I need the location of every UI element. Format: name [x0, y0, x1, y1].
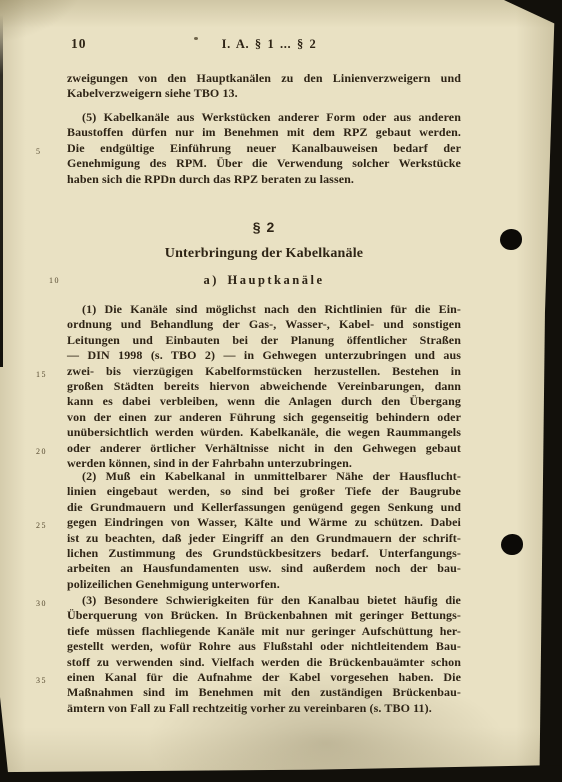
- text-line: (2) Muß ein Kabelkanal in unmittelbarer …: [67, 469, 461, 484]
- text-line: Die endgültige Einführung neuer Kanalbau…: [67, 141, 461, 156]
- text-line: einen Kanal für die Aufnahme der Kabel v…: [67, 670, 461, 685]
- text-line: stoff zu verwenden sind. Vielfach werden…: [67, 655, 461, 670]
- margin-line-number: 20: [36, 444, 60, 459]
- scan-edge-right: [538, 0, 562, 782]
- text-line: ist zu beachten, daß jeder Eingriff an d…: [67, 531, 461, 546]
- text-line: zweigungen von den Hauptkanälen zu den L…: [67, 71, 461, 86]
- text-line: (1) Die Kanäle sind möglichst nach den R…: [67, 302, 461, 317]
- scan-edge-bottom-left: [0, 697, 9, 782]
- paragraph: zweigungen von den Hauptkanälen zu den L…: [67, 71, 461, 102]
- text-line: von der einen zur anderen Führung sich g…: [67, 410, 461, 425]
- running-head: I. A. § 1 ... § 2: [67, 37, 471, 52]
- margin-line-number: 30: [36, 596, 60, 611]
- scanned-document-page: 10 I. A. § 1 ... § 2 zweigungen von den …: [0, 0, 562, 782]
- text-line: großen Städten bereits hiervon abweichen…: [67, 379, 461, 394]
- text-line: ämtern von Fall zu Fall rechtzeitig vorh…: [67, 701, 461, 716]
- text-line: haben sich die RPDn durch das RPZ berate…: [67, 172, 461, 187]
- margin-line-number: 5: [36, 144, 60, 159]
- text-line: Leitungen und Einbauten bei der Planung …: [67, 333, 461, 348]
- paragraph: (5) Kabelkanäle aus Werkstücken anderer …: [67, 110, 461, 187]
- text-line: Genehmigung des RPM. Über die Verwendung…: [67, 156, 461, 171]
- margin-line-number: 35: [36, 673, 60, 688]
- scan-edge-left: [0, 15, 3, 367]
- margin-line-number: 10: [36, 276, 60, 285]
- text-line: — DIN 1998 (s. TBO 2) — in Gehwegen unte…: [67, 348, 461, 363]
- paragraph: (2) Muß ein Kabelkanal in unmittelbarer …: [67, 469, 461, 592]
- text-line: linien eingebaut werden, so sind bei gro…: [67, 484, 461, 499]
- text-line: arbeiten an Hausfundamenten usw. sind au…: [67, 561, 461, 576]
- text-line: Überquerung von Brücken. In Brückenbahne…: [67, 608, 461, 623]
- text-line: gestellt werden, wofür Rohre aus Flußsta…: [67, 639, 461, 654]
- text-line: zwei- bis vierzügigen Kabelformstücken h…: [67, 364, 461, 379]
- text-line: (3) Besondere Schwierigkeiten für den Ka…: [67, 593, 461, 608]
- text-line: Kabelverzweigern siehe TBO 13.: [67, 86, 461, 101]
- text-line: unübersichtlich werden würden. Kabelkanä…: [67, 425, 461, 440]
- section-number-heading: § 2: [67, 219, 461, 235]
- margin-line-number: 15: [36, 367, 60, 382]
- scan-edge-bottom: [0, 765, 562, 782]
- paper-speck: [194, 37, 198, 40]
- text-column: zweigungen von den Hauptkanälen zu den L…: [0, 0, 562, 15]
- text-line: kann es dabei verbleiben, wenn die Anlag…: [67, 394, 461, 409]
- text-line: lichen Zustimmung des Grundstückbesitzer…: [67, 546, 461, 561]
- text-line: oder anderer örtlicher Verhältnisse nich…: [67, 441, 461, 456]
- text-line: gegen Eindringen von Wasser, Kälte und W…: [67, 515, 461, 530]
- punch-hole-bottom: [501, 534, 523, 555]
- margin-line-number: 25: [36, 518, 60, 533]
- text-line: ordnung und Behandlung der Gas-, Wasser-…: [67, 317, 461, 332]
- text-line: Baustoffen dürfen nur im Benehmen mit de…: [67, 125, 461, 140]
- text-line: polizeilichen Genehmigung unterworfen.: [67, 577, 461, 592]
- section-title-heading: Unterbringung der Kabelkanäle: [67, 246, 461, 262]
- text-line: (5) Kabelkanäle aus Werkstücken anderer …: [67, 110, 461, 125]
- paragraph: (3) Besondere Schwierigkeiten für den Ka…: [67, 593, 461, 716]
- punch-hole-top: [500, 229, 522, 250]
- text-line: tiefe müssen flachliegende Kanäle mit nu…: [67, 624, 461, 639]
- subsection-heading: a) Hauptkanäle10: [67, 273, 461, 288]
- text-line: Maßnahmen sind im Benehmen mit den zustä…: [67, 685, 461, 700]
- text-line: die Grundmauern und Kellerfassungen genü…: [67, 500, 461, 515]
- paragraph: (1) Die Kanäle sind möglichst nach den R…: [67, 302, 461, 471]
